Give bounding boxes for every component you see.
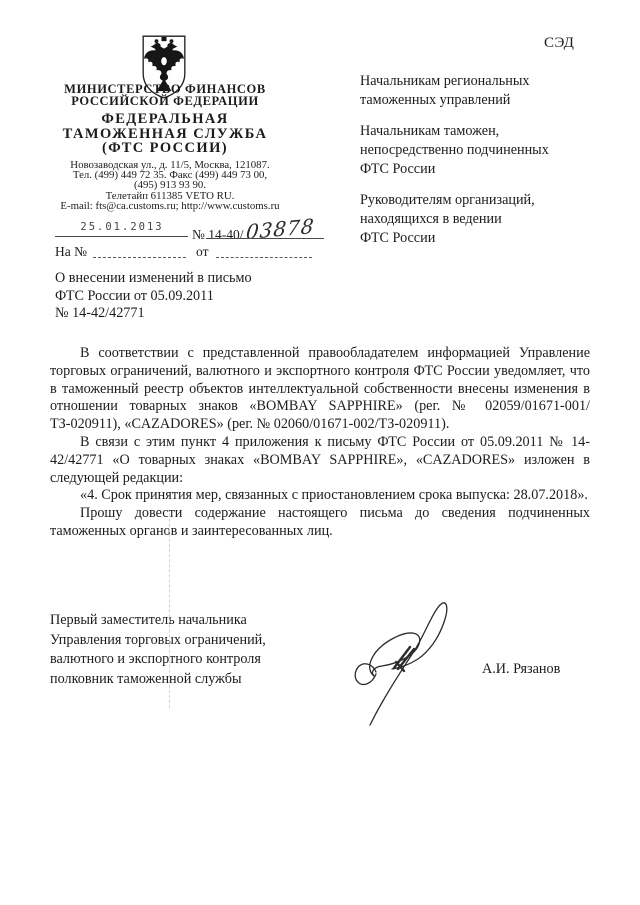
letter-subject: О внесении изменений в письмо ФТС России… [55, 270, 325, 323]
reply-number-blank [93, 257, 186, 258]
reply-to-label: На № [55, 244, 87, 260]
outgoing-number-handwritten: 03878 [245, 214, 315, 244]
body-paragraph-2: В связи с этим пункт 4 приложения к пись… [50, 434, 590, 487]
fold-line [169, 514, 170, 708]
addressee-customs-heads: Начальникам таможен, непосредственно под… [360, 122, 595, 179]
date-underline [55, 236, 188, 237]
outgoing-number-prefix: № 14-40/ [192, 227, 244, 242]
ministry-name: МИНИСТЕРСТВО ФИНАНСОВ РОССИЙСКОЙ ФЕДЕРАЦ… [40, 84, 290, 107]
reply-date-blank [216, 257, 312, 258]
signer-name: А.И. Рязанов [482, 661, 560, 678]
service-name: ФЕДЕРАЛЬНАЯ ТАМОЖЕННАЯ СЛУЖБА (ФТС РОССИ… [40, 112, 290, 156]
body-paragraph-1: В соответствии с представленной правообл… [50, 345, 590, 434]
handwritten-signature-icon [330, 592, 470, 732]
outgoing-number: № 14-40/03878 [192, 220, 312, 244]
addressees-list: Начальникам региональных таможенных упра… [360, 72, 595, 260]
addressee-regional-directorates: Начальникам региональных таможенных упра… [360, 72, 595, 110]
reply-from-label: от [196, 244, 208, 260]
body-paragraph-3: «4. Срок принятия мер, связанных с приос… [50, 487, 590, 505]
sed-marking: СЭД [544, 35, 574, 52]
letter-page: МИНИСТЕРСТВО ФИНАНСОВ РОССИЙСКОЙ ФЕДЕРАЦ… [0, 0, 640, 905]
letterhead-address: Новозаводская ул., д. 11/5, Москва, 1210… [30, 160, 310, 211]
number-underline [206, 238, 324, 239]
addressee-organization-leaders: Руководителям организаций, находящихся в… [360, 191, 595, 248]
date-stamp: 25.01.2013 [58, 221, 186, 233]
signer-position: Первый заместитель начальника Управления… [50, 611, 300, 689]
letter-body: В соответствии с представленной правообл… [50, 345, 590, 541]
body-paragraph-4: Прошу довести содержание настоящего пись… [50, 505, 590, 541]
